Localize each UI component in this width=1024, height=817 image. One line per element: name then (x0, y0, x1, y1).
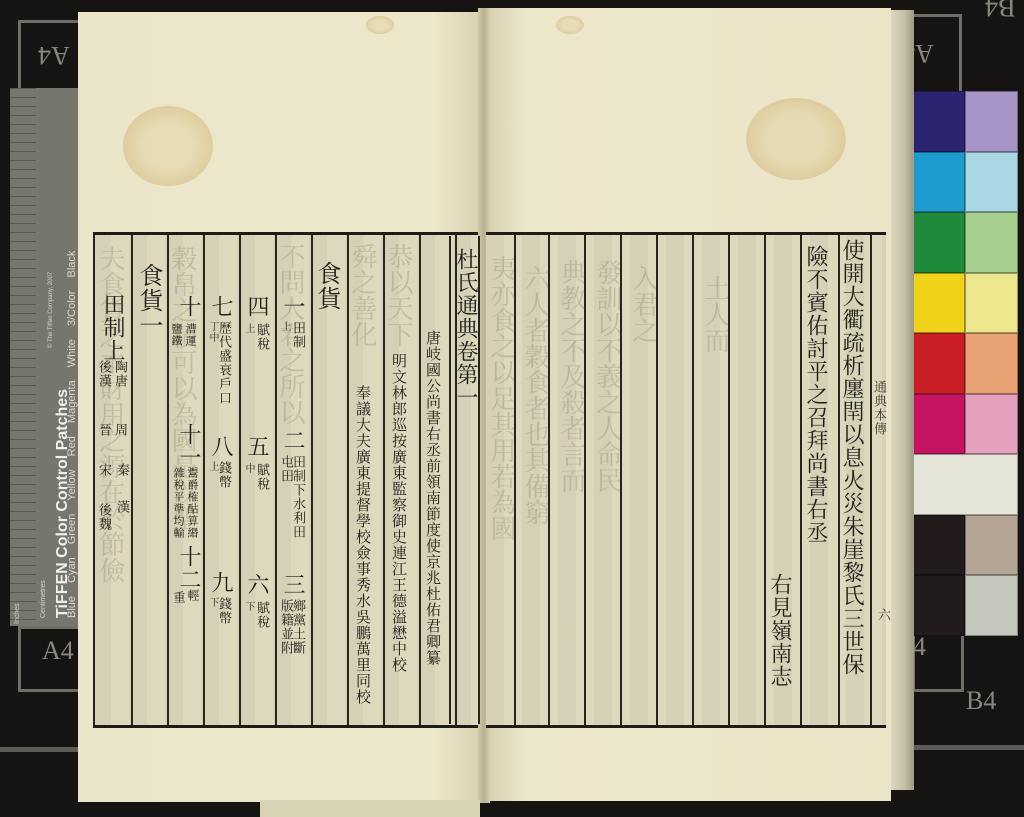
toc-number: 十 (177, 295, 199, 318)
show-through-text: 土人而 (702, 275, 728, 353)
color-patch-white (912, 454, 1018, 515)
toc-number: 三 (281, 573, 303, 596)
column-rule (203, 235, 205, 725)
text-column-2: 險不賓佑討平之召拜尚書右丞 (804, 245, 826, 544)
color-control-ruler: Inches Centimetres © The Tiffen Company,… (10, 88, 82, 626)
color-patch-yellow-light (965, 273, 1018, 334)
toc-title: 鬻爵榷酤算緡 (187, 467, 198, 539)
subheading: 食貨一 (137, 263, 161, 338)
color-patch-chart (912, 91, 1018, 636)
color-patch-black (912, 515, 965, 576)
left-text-block: 夫食貨之本財用之源在於節儉 穀帛之積可以為國是以聖 不問人君之所以 舜之善化 恭… (93, 232, 478, 728)
dynasty-lower: 後魏 (97, 503, 110, 531)
author-line: 唐岐國公尚書右丞前領南節度使京兆杜佑君卿纂 (425, 330, 440, 666)
toc-number: 八 (209, 435, 231, 458)
toc-number: 二 (281, 429, 303, 452)
dynasty-upper: 秦 (115, 463, 128, 477)
board-line-left (0, 747, 80, 752)
toc-title: 歷代盛衰戶口 (217, 321, 230, 405)
column-rule (764, 235, 766, 725)
color-patch-green (912, 212, 965, 273)
toc-note: 版籍並附 (279, 599, 292, 655)
show-through-text: 發訓以不義之人命民 (594, 259, 620, 493)
toc-number: 四 (245, 295, 267, 318)
color-patch-cyan (912, 152, 965, 213)
ruler-unit-cm: Centimetres (40, 580, 47, 618)
ruler-color-labels: Blue Cyan Green Yellow Red Magenta White… (66, 251, 78, 618)
color-patch-black-2 (912, 575, 965, 636)
dynasty-upper: 陶唐 (113, 360, 126, 388)
toc-note: 重 (173, 591, 185, 604)
toc-number: 十一 (177, 423, 199, 469)
toc-title: 賦稅 (255, 323, 268, 351)
column-rule (131, 235, 133, 725)
toc-note: 雜稅平準均輸 (173, 467, 184, 539)
toc-title: 田制 (291, 321, 304, 349)
board-label: 4 (913, 632, 926, 662)
toc-note: 上 (207, 461, 217, 472)
toc-title: 漕運 (185, 323, 196, 347)
color-patch-green-light (965, 212, 1018, 273)
toc-number: 六 (245, 573, 267, 596)
toc-number: 十二 (177, 545, 199, 591)
column-rule (692, 235, 694, 725)
color-patch-magenta-light (965, 394, 1018, 455)
toc-title: 賦稅 (255, 463, 268, 491)
toc-note: 上 (279, 321, 289, 332)
page-edge (888, 10, 914, 790)
board-label: A4 (42, 636, 74, 666)
toc-number: 一 (281, 295, 303, 318)
show-through-text: 入君之 (630, 265, 656, 343)
editor-line-2: 奉議大夫廣東提督學校僉事秀水吳鵬萬里同校 (355, 385, 370, 705)
color-patch-red (912, 333, 965, 394)
color-patch-magenta (912, 394, 965, 455)
dynasty-upper: 漢 (115, 500, 128, 514)
column-rule (870, 235, 872, 725)
toc-number: 九 (209, 571, 231, 594)
show-through-text: 夷亦食之以足其用若為國 (488, 255, 514, 541)
show-through-text: 舜之善化 (349, 243, 375, 347)
water-stain (556, 16, 584, 34)
color-patch-gray-light (965, 575, 1018, 636)
toc-title: 輕 (187, 589, 199, 602)
toc-note: 上 (243, 323, 253, 334)
color-patch-red-light (965, 333, 1018, 394)
dynasty-lower: 宋 (97, 463, 110, 477)
toc-title: 錢幣 (217, 461, 230, 489)
dynasty-lower: 晉 (97, 423, 110, 437)
source-attribution: 右見嶺南志 (768, 573, 790, 688)
color-patch-cyan-light (965, 152, 1018, 213)
color-patch-gray-warm (965, 515, 1018, 576)
toc-note: 下 (207, 597, 217, 608)
show-through-text: 六人者穀食者也其備窮 (522, 265, 548, 525)
dynasty-upper: 周 (113, 423, 126, 437)
water-stain (366, 16, 394, 34)
toc-note: 鹽鐵 (171, 323, 182, 347)
board-line-right (914, 745, 1024, 750)
board-label: A4 (38, 40, 70, 70)
toc-note: 丁中 (207, 321, 217, 343)
toc-number: 五 (245, 435, 267, 458)
chapter-title: 田制上 (101, 293, 123, 362)
toc-title: 賦稅 (255, 601, 268, 629)
water-stain (123, 106, 213, 186)
toc-title: 錢幣 (217, 597, 230, 625)
color-patch-yellow (912, 273, 965, 334)
margin-title: 通典本傳 (872, 380, 885, 436)
ruler-copyright: © The Tiffen Company, 2007 (48, 272, 54, 348)
toc-number: 七 (209, 295, 231, 318)
section-heading: 食貨 (315, 261, 339, 311)
right-text-block: 夷亦食之以足其用若為國 六人者穀食者也其備窮 典教之不及殺者言而 發訓以不義之人… (486, 232, 886, 728)
ruler-unit-inches: Inches (14, 603, 21, 624)
column-rule (419, 235, 421, 725)
dynasty-lower: 後漢 (97, 360, 110, 388)
color-patch-blue-light (965, 91, 1018, 152)
color-patch-blue (912, 91, 965, 152)
show-through-text: 典教之不及殺者言而 (558, 259, 584, 493)
bookmark-slip (260, 800, 480, 817)
column-rule (478, 236, 480, 724)
editor-line-1: 明文林郎巡按廣東監察御史連江王德溢懋中校 (391, 353, 406, 673)
column-rule (449, 236, 451, 724)
toc-note: 屯田 (279, 455, 292, 483)
water-stain (746, 98, 846, 180)
ruler-ticks (10, 88, 36, 626)
column-rule (800, 235, 802, 725)
margin-page-number: 六 (876, 608, 889, 622)
text-column-1: 使開大衢疏析廛閈以息火災朱崖黎氏三世保 (840, 239, 862, 676)
show-through-text: 恭以天下 (385, 243, 411, 347)
toc-note: 下 (243, 601, 253, 612)
toc-note: 中 (243, 463, 253, 474)
board-label: B4 (985, 0, 1015, 22)
column-rule (239, 235, 241, 725)
volume-title: 杜氏通典卷第一 (454, 248, 476, 409)
board-label: B4 (966, 686, 996, 716)
